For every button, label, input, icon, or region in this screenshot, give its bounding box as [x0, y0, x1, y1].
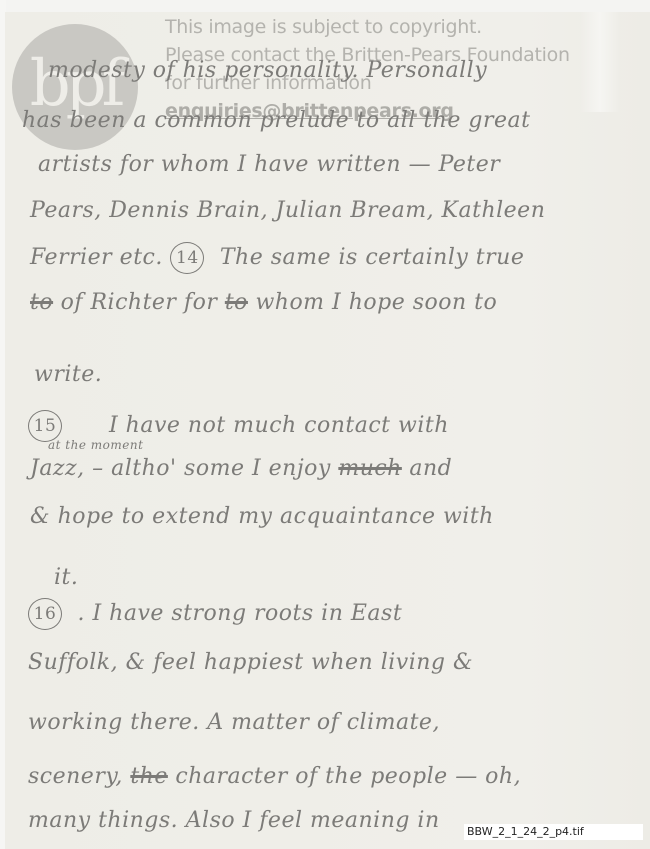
line-text: Ferrier etc. — [30, 245, 163, 270]
handwritten-line: artists for whom I have written — Peter — [38, 152, 500, 177]
handwritten-line: Jazz, – altho' some I enjoy much and — [30, 456, 452, 481]
handwritten-line: 16 . I have strong roots in East — [28, 598, 402, 630]
handwritten-line: has been a common prelude to all the gre… — [22, 108, 530, 133]
handwritten-line: & hope to extend my acquaintance with — [30, 504, 494, 529]
line-text: of Richter for — [61, 290, 218, 315]
handwritten-line: Pears, Dennis Brain, Julian Bream, Kathl… — [30, 198, 545, 223]
copyright-notice: This image is subject to copyright. — [165, 16, 482, 38]
handwritten-line: it. — [54, 565, 78, 590]
line-text: write. — [34, 362, 102, 387]
paper-crease — [580, 12, 620, 112]
line-text: many things. Also I feel meaning in — [28, 808, 440, 833]
line-text-after: whom I hope soon to — [255, 290, 497, 315]
handwritten-line: write. — [34, 362, 102, 387]
handwritten-line: scenery, the character of the people — o… — [28, 764, 521, 789]
struck-word: much — [338, 456, 402, 481]
line-text: . I have strong roots in East — [78, 601, 403, 626]
struck-word: to — [225, 290, 248, 315]
item-number-16: 16 — [28, 598, 62, 630]
item-number-14: 14 — [170, 242, 204, 274]
line-text: has been a common prelude to all the gre… — [22, 108, 530, 133]
line-text: artists for whom I have written — Peter — [38, 152, 500, 177]
handwritten-line: Suffolk, & feel happiest when living & — [28, 650, 473, 675]
line-text-after: character of the people — oh, — [175, 764, 521, 789]
line-text: it. — [54, 565, 78, 590]
filename-label: BBW_2_1_24_2_p4.tif — [464, 824, 643, 840]
line-text-after: and — [409, 456, 452, 481]
line-text: modesty of his personality. Personally — [48, 58, 487, 83]
line-text: scenery, — [28, 764, 123, 789]
handwritten-line: many things. Also I feel meaning in — [28, 808, 440, 833]
handwritten-line: Ferrier etc. 14 The same is certainly tr… — [30, 242, 524, 274]
handwritten-line: to of Richter for to whom I hope soon to — [30, 290, 497, 315]
interlinear-insertion: at the moment — [48, 438, 143, 452]
handwritten-line: modesty of his personality. Personally — [48, 58, 487, 83]
line-text: & hope to extend my acquaintance with — [30, 504, 494, 529]
line-text: I have not much contact with — [109, 413, 449, 438]
struck-word: the — [130, 764, 168, 789]
line-text: working there. A matter of climate, — [28, 710, 440, 735]
struck-word: to — [30, 290, 53, 315]
handwritten-line: working there. A matter of climate, — [28, 710, 440, 735]
line-text: Suffolk, & feel happiest when living & — [28, 650, 473, 675]
line-text: Pears, Dennis Brain, Julian Bream, Kathl… — [30, 198, 545, 223]
scan-margin-top — [0, 0, 650, 12]
line-text: Jazz, – altho' some I enjoy — [30, 456, 331, 481]
line-text-after: The same is certainly true — [220, 245, 524, 270]
